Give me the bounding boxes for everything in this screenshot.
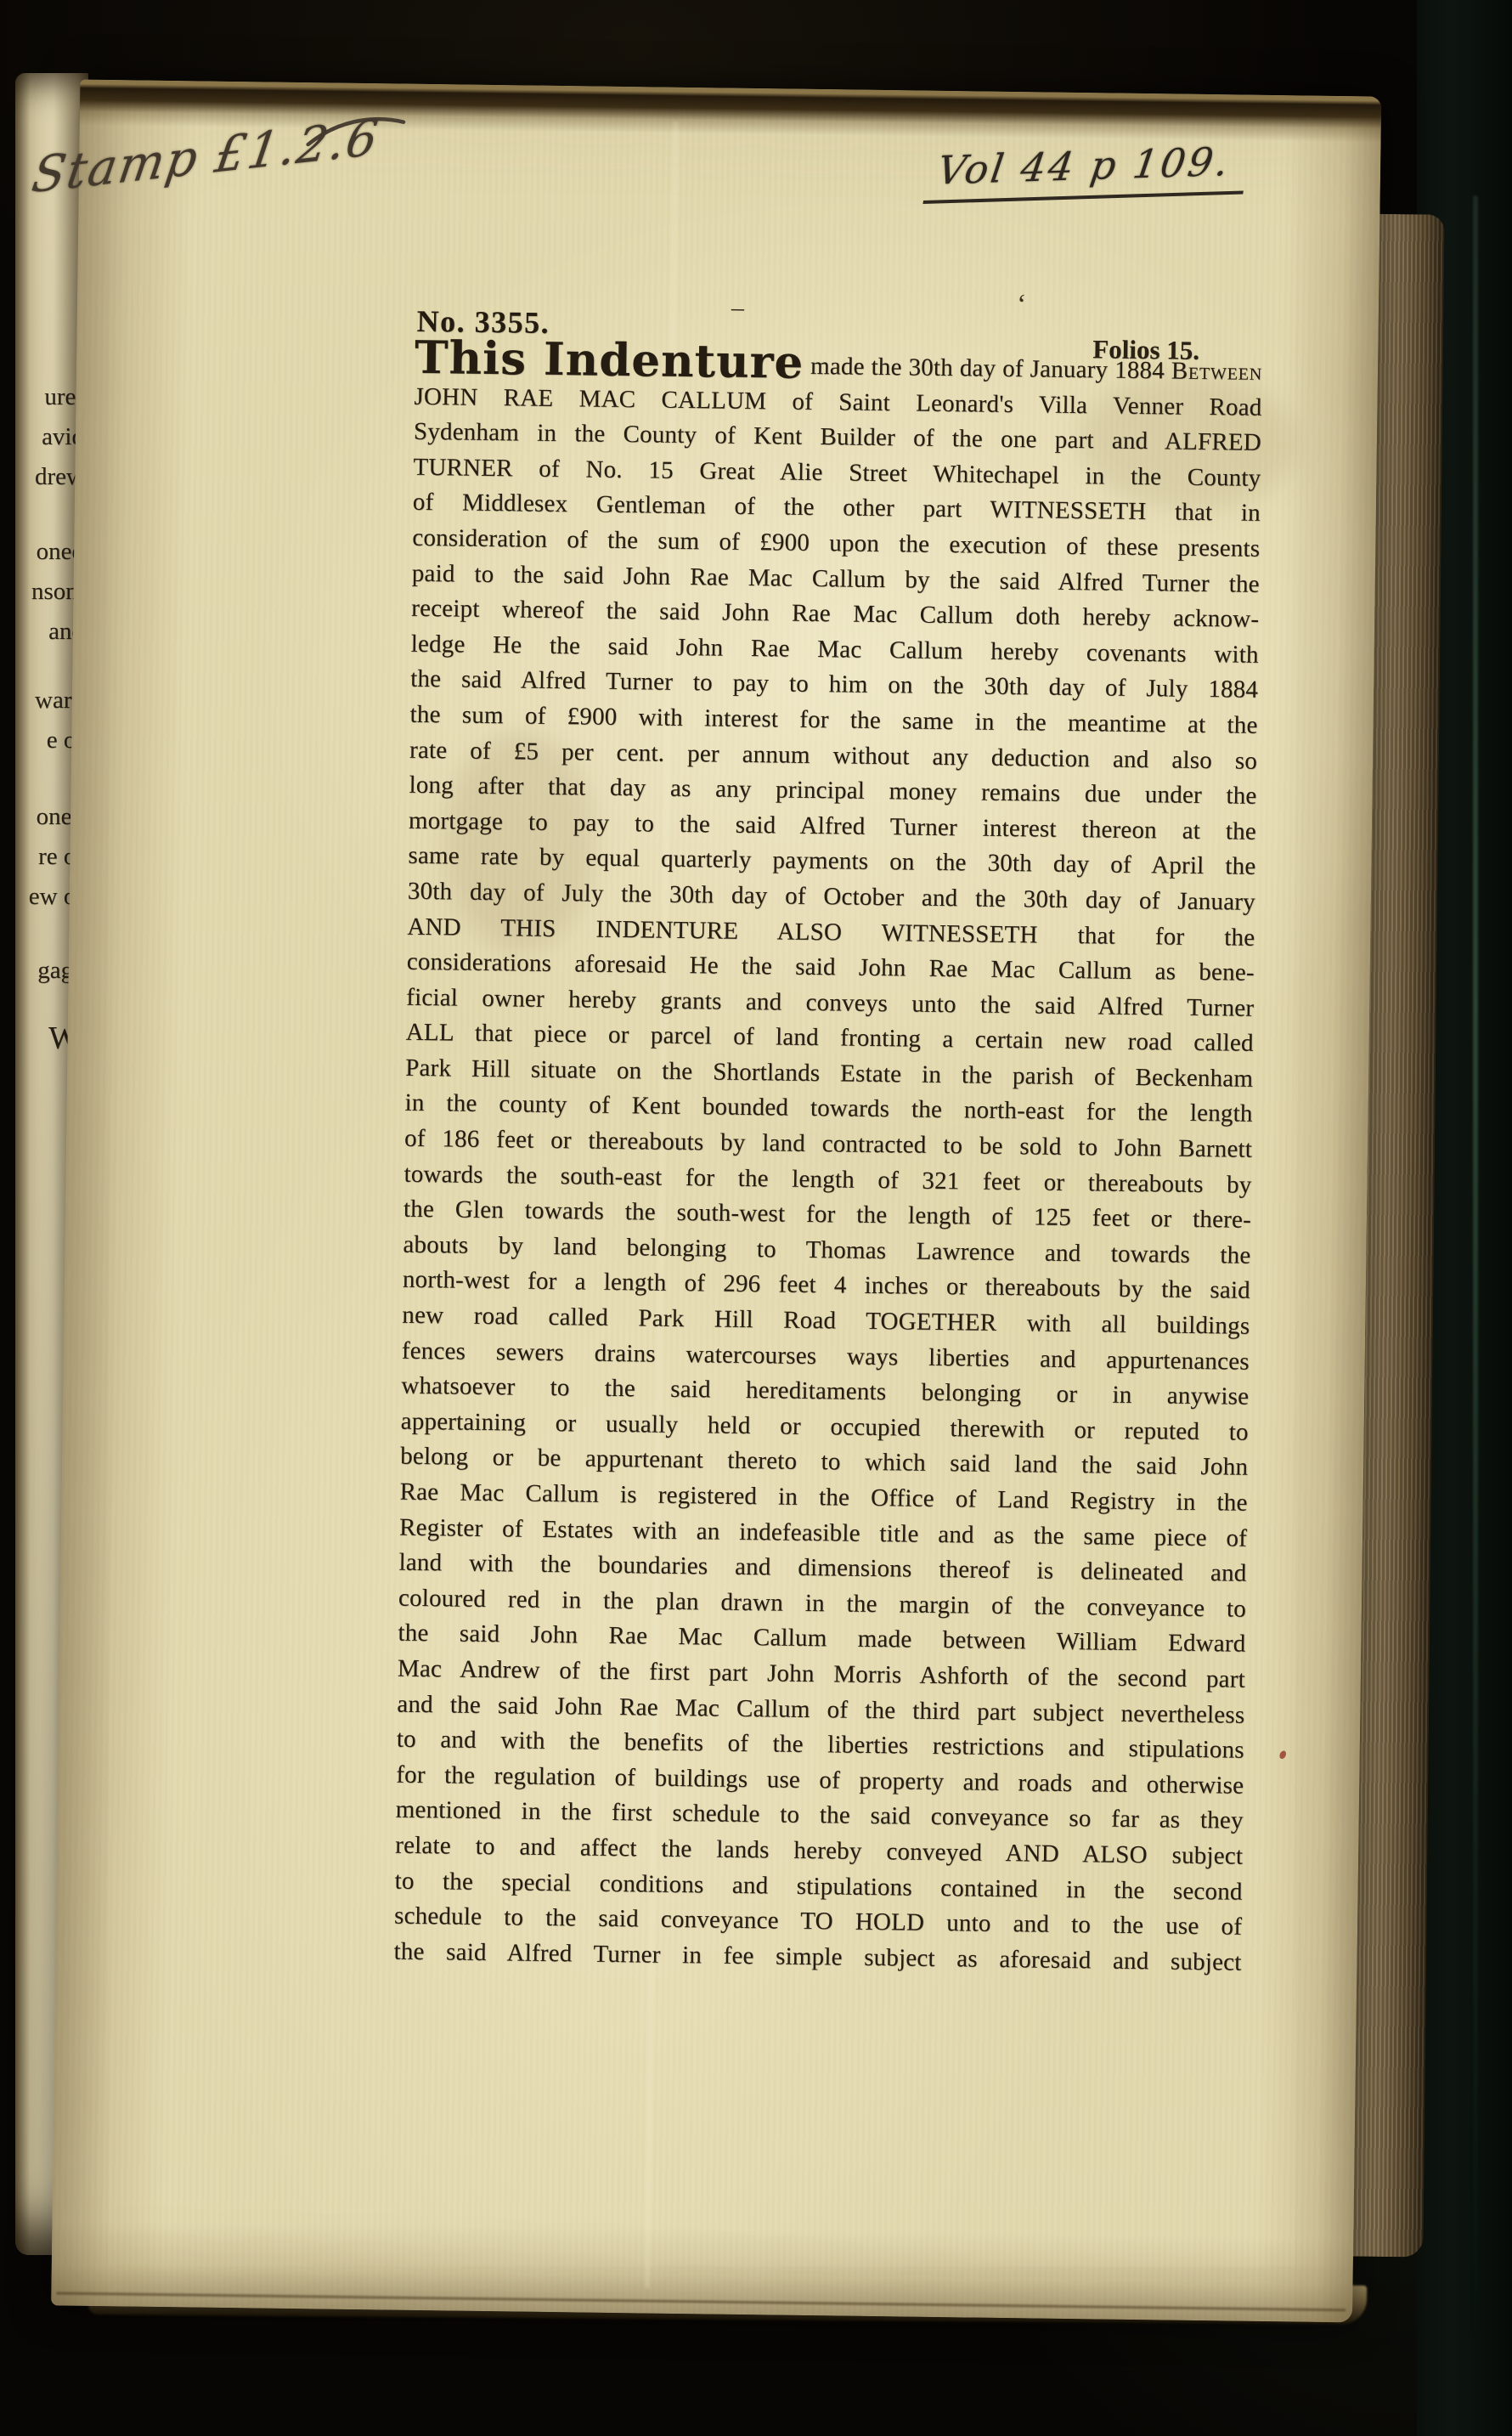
red-ink-speck — [1278, 1749, 1288, 1760]
volume-page-annotation: Vol 44 p 109. — [922, 138, 1250, 204]
body-text: This Indenture made the 30th day of Janu… — [393, 344, 1262, 1981]
text-segment-plain: made the 30th day of January 1884 — [804, 353, 1171, 385]
stray-quote-mark: ‘ — [1017, 289, 1027, 321]
cover-spine-highlight — [1473, 195, 1478, 2334]
document-page: Stamp £1.2.6 Vol 44 p 109. No. 3355. Fol… — [51, 80, 1381, 2323]
stray-dash-mark: – — [731, 294, 744, 323]
text-segment-smallcaps: Between — [1171, 357, 1263, 385]
photo-stage: ure)aviddrewonednson,andwarde ofonedre o… — [0, 0, 1512, 2436]
